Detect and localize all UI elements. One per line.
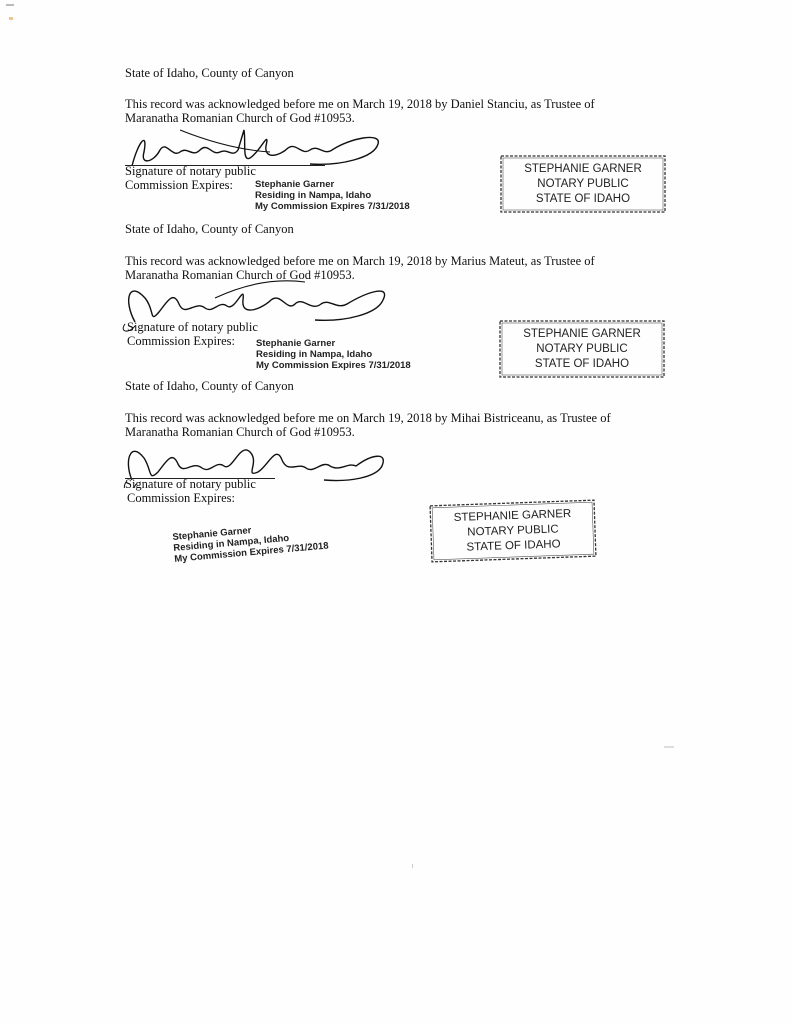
- scan-speck: [412, 864, 413, 868]
- signature-label: Signature of notary public: [127, 320, 258, 334]
- commission-expires-label: Commission Expires:: [125, 178, 233, 192]
- notary-info-stamp: Stephanie Garner Residing in Nampa, Idah…: [172, 519, 329, 565]
- scan-mark: [6, 4, 14, 6]
- venue-text: State of Idaho, County of Canyon: [125, 66, 294, 80]
- scanned-document-page: State of Idaho, County of Canyon This re…: [0, 0, 791, 1024]
- notary-seal: STEPHANIE GARNER NOTARY PUBLIC STATE OF …: [498, 153, 668, 215]
- notary-seal: STEPHANIE GARNER NOTARY PUBLIC STATE OF …: [427, 497, 599, 565]
- seal-title: NOTARY PUBLIC: [537, 177, 628, 192]
- notary-commission-expiry: My Commission Expires 7/31/2018: [255, 201, 410, 212]
- notary-info-stamp: Stephanie Garner Residing in Nampa, Idah…: [255, 179, 410, 212]
- signature-label: Signature of notary public: [125, 477, 256, 491]
- venue-text: State of Idaho, County of Canyon: [125, 222, 294, 236]
- notary-residence: Residing in Nampa, Idaho: [256, 349, 411, 360]
- seal-state: STATE OF IDAHO: [536, 192, 630, 207]
- notary-name: Stephanie Garner: [255, 179, 410, 190]
- acknowledgment-line-1: This record was acknowledged before me o…: [125, 97, 595, 111]
- commission-expires-label: Commission Expires:: [127, 491, 235, 505]
- seal-name: STEPHANIE GARNER: [523, 327, 641, 342]
- signature-label: Signature of notary public: [125, 164, 256, 178]
- scan-mark: [9, 17, 13, 20]
- scan-speck: [664, 746, 674, 748]
- notary-residence: Residing in Nampa, Idaho: [255, 190, 410, 201]
- notary-commission-expiry: My Commission Expires 7/31/2018: [256, 360, 411, 371]
- seal-name: STEPHANIE GARNER: [524, 162, 642, 177]
- seal-state: STATE OF IDAHO: [466, 537, 561, 555]
- notary-name: Stephanie Garner: [256, 338, 411, 349]
- acknowledgment-line-1: This record was acknowledged before me o…: [125, 254, 595, 268]
- notary-seal: STEPHANIE GARNER NOTARY PUBLIC STATE OF …: [497, 318, 667, 380]
- acknowledgment-line-1: This record was acknowledged before me o…: [125, 411, 611, 425]
- commission-expires-label: Commission Expires:: [127, 334, 235, 348]
- seal-title: NOTARY PUBLIC: [536, 342, 627, 357]
- seal-state: STATE OF IDAHO: [535, 357, 629, 372]
- notary-info-stamp: Stephanie Garner Residing in Nampa, Idah…: [256, 338, 411, 371]
- venue-text: State of Idaho, County of Canyon: [125, 379, 294, 393]
